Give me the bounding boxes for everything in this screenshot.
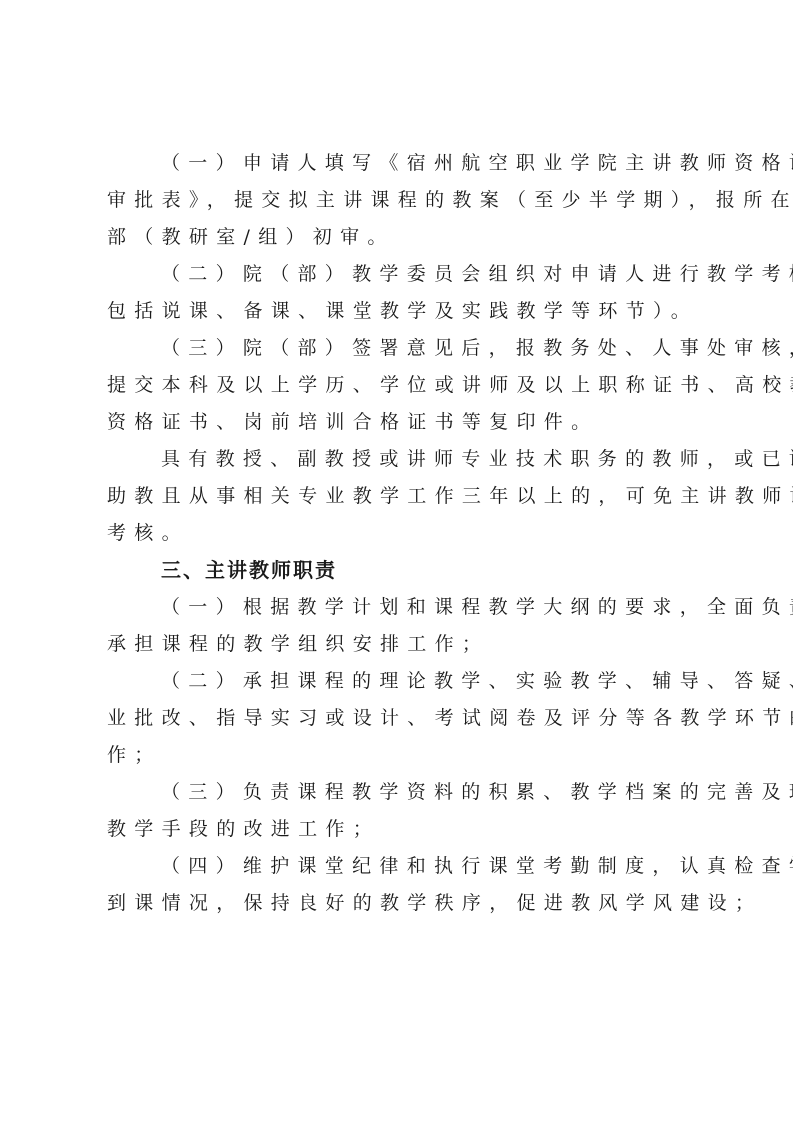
text-line: 承担课程的教学组织安排工作； — [107, 626, 687, 663]
text-line: 资格证书、岗前培训合格证书等复印件。 — [107, 404, 687, 441]
text-line: （二）承担课程的理论教学、实验教学、辅导、答疑、作 — [107, 663, 687, 700]
text-line: （三）院（部）签署意见后，报教务处、人事处审核，并 — [107, 330, 687, 367]
text-line: 具有教授、副教授或讲师专业技术职务的教师，或已评为 — [107, 441, 687, 478]
paragraph-exemption: 具有教授、副教授或讲师专业技术职务的教师，或已评为 助教且从事相关专业教学工作三… — [107, 441, 687, 552]
paragraph-application-form: （一）申请人填写《宿州航空职业学院主讲教师资格认定 审批表》，提交拟主讲课程的教… — [107, 145, 687, 256]
text-line: 业批改、指导实习或设计、考试阅卷及评分等各教学环节的工 — [107, 700, 687, 737]
paragraph-duty-4: （四）维护课堂纪律和执行课堂考勤制度，认真检查学生 到课情况，保持良好的教学秩序… — [107, 848, 687, 922]
text-line: （一）申请人填写《宿州航空职业学院主讲教师资格认定 — [107, 145, 687, 182]
text-line: 审批表》，提交拟主讲课程的教案（至少半学期），报所在院 — [107, 182, 687, 219]
document-page: （一）申请人填写《宿州航空职业学院主讲教师资格认定 审批表》，提交拟主讲课程的教… — [107, 145, 687, 922]
text-line: （三）负责课程教学资料的积累、教学档案的完善及现代 — [107, 774, 687, 811]
text-line: （二）院（部）教学委员会组织对申请人进行教学考核（ — [107, 256, 687, 293]
text-line: 教学手段的改进工作； — [107, 811, 687, 848]
paragraph-duty-1: （一）根据教学计划和课程教学大纲的要求，全面负责所 承担课程的教学组织安排工作； — [107, 589, 687, 663]
paragraph-review-submission: （三）院（部）签署意见后，报教务处、人事处审核，并 提交本科及以上学历、学位或讲… — [107, 330, 687, 441]
text-line: 提交本科及以上学历、学位或讲师及以上职称证书、高校教师 — [107, 367, 687, 404]
text-line: 部（教研室/组）初审。 — [107, 219, 687, 256]
text-line: （四）维护课堂纪律和执行课堂考勤制度，认真检查学生 — [107, 848, 687, 885]
text-line: 作； — [107, 737, 687, 774]
paragraph-teaching-assessment: （二）院（部）教学委员会组织对申请人进行教学考核（ 包括说课、备课、课堂教学及实… — [107, 256, 687, 330]
text-line: 考核。 — [107, 515, 687, 552]
paragraph-duty-3: （三）负责课程教学资料的积累、教学档案的完善及现代 教学手段的改进工作； — [107, 774, 687, 848]
section-heading: 三、主讲教师职责 — [107, 552, 687, 589]
text-line: 包括说课、备课、课堂教学及实践教学等环节）。 — [107, 293, 687, 330]
text-line: 助教且从事相关专业教学工作三年以上的，可免主讲教师认定 — [107, 478, 687, 515]
text-line: （一）根据教学计划和课程教学大纲的要求，全面负责所 — [107, 589, 687, 626]
text-line: 到课情况，保持良好的教学秩序，促进教风学风建设； — [107, 885, 687, 922]
paragraph-duty-2: （二）承担课程的理论教学、实验教学、辅导、答疑、作 业批改、指导实习或设计、考试… — [107, 663, 687, 774]
